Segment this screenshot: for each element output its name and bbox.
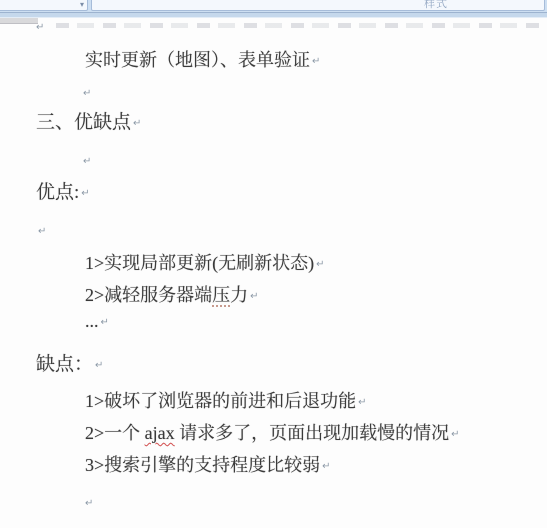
- doc-line-text: 三、优缺点: [36, 112, 131, 133]
- doc-line: 3>搜索引擎的支持程度比较弱↵: [85, 451, 331, 477]
- doc-line-text: 优点:: [36, 182, 79, 203]
- doc-line-text: 请求多了，页面出现加载慢的情况: [175, 423, 450, 443]
- doc-line-text: 缺点：: [36, 354, 93, 375]
- paragraph-mark-icon: ↵: [38, 226, 46, 237]
- toolbar-panel[interactable]: [91, 0, 545, 11]
- doc-line-text: 2>一个: [85, 423, 145, 443]
- paragraph-mark-icon: ↵: [85, 498, 93, 509]
- paragraph-mark-icon: ↵: [250, 291, 258, 302]
- font-combobox[interactable]: ▾: [0, 0, 88, 11]
- paragraph-mark-icon: ↵: [133, 118, 141, 129]
- doc-line: 缺点：↵: [36, 349, 103, 376]
- doc-line: 2>减轻服务器端压力↵: [85, 281, 259, 307]
- doc-line-text: 3>搜索引擎的支持程度比较弱: [85, 455, 320, 475]
- scroll-remnant: [0, 18, 38, 24]
- paragraph-mark-icon: ↵: [81, 188, 89, 199]
- paragraph-mark-icon: ↵: [83, 88, 91, 99]
- chevron-down-icon[interactable]: ▾: [80, 1, 84, 9]
- doc-line-text: 1>破坏了浏览器的前进和后退功能: [85, 391, 356, 411]
- doc-line-text: 力: [230, 285, 248, 305]
- paragraph-mark-icon: ↵: [83, 156, 91, 167]
- doc-line: 1>实现局部更新(无刷新状态)↵: [85, 249, 325, 275]
- paragraph-mark-icon: ↵: [312, 56, 320, 67]
- styles-group-label: 样式: [424, 0, 448, 11]
- paragraph-mark-icon: ↵: [95, 360, 103, 371]
- paragraph-mark-icon: ↵: [316, 259, 324, 270]
- paragraph-mark-icon: ↵: [101, 317, 109, 328]
- doc-line: 2>一个 ajax 请求多了，页面出现加载慢的情况↵: [85, 419, 460, 445]
- doc-line: 三、优缺点↵: [36, 107, 141, 134]
- blurred-text-artifact: [56, 23, 542, 28]
- doc-line-text: ...: [85, 311, 99, 331]
- doc-line-text: 2>减轻服务器端: [85, 285, 212, 305]
- document-page[interactable]: ↵ 实时更新（地图）、表单验证↵ ↵ 三、优缺点↵ ↵ 优点:↵ ↵ 1>实现局…: [0, 18, 547, 528]
- paragraph-mark-icon: ↵: [358, 397, 366, 408]
- doc-line-text: 实时更新（地图）、表单验证: [85, 50, 310, 70]
- doc-line: 优点:↵: [36, 177, 90, 204]
- grammar-marked-text: 压: [212, 285, 230, 307]
- paragraph-mark-icon: ↵: [36, 22, 44, 33]
- paragraph-mark-icon: ↵: [451, 429, 459, 440]
- doc-line: 实时更新（地图）、表单验证↵: [85, 46, 320, 72]
- doc-line: 1>破坏了浏览器的前进和后退功能↵: [85, 387, 367, 413]
- word-window: ▾ 样式 ↵ 实时更新（地图）、表单验证↵ ↵ 三、优缺点↵ ↵ 优点:↵ ↵ …: [0, 0, 547, 528]
- doc-line-text: 1>实现局部更新(无刷新状态): [85, 253, 314, 273]
- spellcheck-marked-text: ajax: [145, 423, 175, 443]
- toolbar: ▾ 样式: [0, 0, 547, 12]
- paragraph-mark-icon: ↵: [322, 461, 330, 472]
- doc-line: ...↵: [85, 311, 109, 332]
